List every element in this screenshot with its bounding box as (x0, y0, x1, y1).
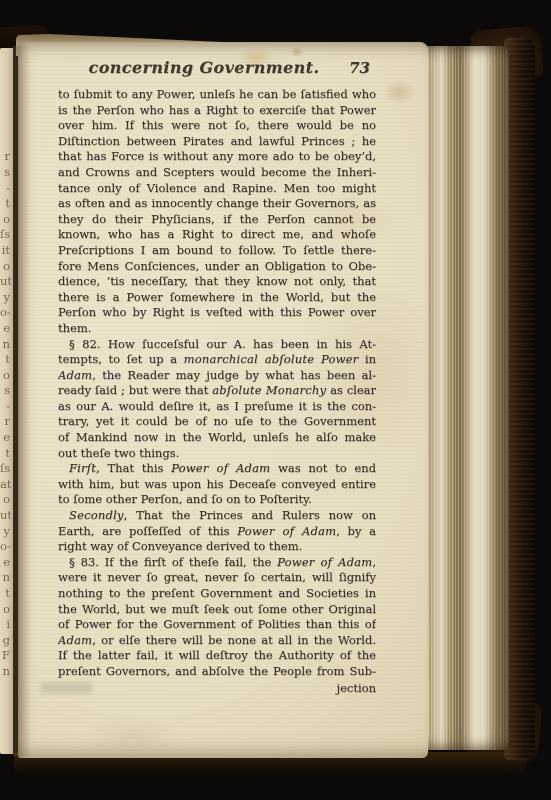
text-line: the World, but we muſt ſeek out ſome oth… (58, 602, 376, 618)
text-line: there is a Power ſomewhere in the World,… (58, 290, 376, 306)
text-line: right way of Conveyance derived to them. (58, 539, 376, 555)
text-line: that has Force is without any more ado t… (58, 149, 376, 165)
facing-fragment: n (0, 664, 11, 680)
text-line: with him, but was upon his Deceaſe conve… (58, 477, 376, 493)
text-line: to ſome other Perſon, and ſo on to Poſte… (58, 492, 376, 508)
facing-fragment: t (0, 196, 11, 212)
facing-fragment: o (0, 492, 11, 508)
facing-fragment (0, 87, 11, 103)
facing-fragment: o (0, 259, 11, 275)
text-line: Preſcriptions I am bound to follow. To ſ… (58, 243, 376, 259)
text-line: trary, yet it could be of no uſe to the … (58, 414, 376, 430)
facing-fragment: o (0, 212, 11, 228)
text-line: out theſe two things. (58, 446, 376, 462)
facing-fragment: ſs (0, 461, 11, 477)
facing-fragment: o- (0, 539, 11, 555)
text-line: fore Mens Conſciences, under an Obligati… (58, 259, 376, 275)
book-photo: rs-toſsitoutyo-entos-retſsatoutyo-entoig… (0, 0, 551, 800)
running-header: concerning Government. 73 (58, 58, 376, 84)
page-number: 73 (349, 59, 370, 77)
facing-fragment: it (0, 243, 11, 259)
text-line: over him. If this were not ſo, there wou… (58, 118, 376, 134)
facing-fragment: i (0, 617, 11, 633)
text-line: and Crowns and Scepters would become the… (58, 165, 376, 181)
gutter-shadow (13, 46, 31, 756)
running-title: concerning Government. (58, 58, 350, 77)
text-line: Firſt, That this Power of Adam was not t… (58, 461, 376, 477)
facing-fragment: y (0, 524, 11, 540)
text-line: as often and as innocently change their … (58, 196, 376, 212)
text-line: to ſubmit to any Power, unleſs he can be… (58, 87, 376, 103)
fore-edge (417, 46, 509, 750)
facing-fragment: e (0, 321, 11, 337)
facing-fragment: ſs (0, 227, 11, 243)
text-line: Adam, the Reader may judge by what has b… (58, 368, 376, 384)
text-line: known, who has a Right to direct me, and… (58, 227, 376, 243)
facing-fragment: o (0, 602, 11, 618)
text-line: Diſtinction between Pirates and lawful P… (58, 134, 376, 150)
facing-fragment: n (0, 570, 11, 586)
text-line: of Power for the Government of Polities … (58, 617, 376, 633)
text-line: were it never ſo great, never ſo certain… (58, 570, 376, 586)
text-line: § 82. How ſucceſsful our A. has been in … (58, 337, 376, 353)
text-line: them. (58, 321, 376, 337)
facing-fragment: at (0, 477, 11, 493)
text-line: tempts, to ſet up a monarchical abſolute… (58, 352, 376, 368)
facing-fragment: t (0, 446, 11, 462)
facing-fragment (0, 118, 11, 134)
text-line: as our A. would deſire it, as I preſume … (58, 399, 376, 415)
facing-fragment: o- (0, 305, 11, 321)
text-line: dience, ’tis neceſſary, that they know n… (58, 274, 376, 290)
facing-fragment: n (0, 337, 11, 353)
catchword: jection (58, 681, 376, 695)
facing-fragment (0, 134, 11, 150)
text-line: Earth, are poſſeſſed of this Power of Ad… (58, 524, 376, 540)
facing-fragment: s (0, 383, 11, 399)
text-line: they do their Phyſicians, if the Perſon … (58, 212, 376, 228)
facing-fragment: - (0, 399, 11, 415)
text-line: of Mankind now in the World, unleſs he a… (58, 430, 376, 446)
body-text: to ſubmit to any Power, unleſs he can be… (58, 87, 376, 680)
facing-fragment: e (0, 555, 11, 571)
text-line: § 83. If the firſt of theſe fail, the Po… (58, 555, 376, 571)
text-line: If the latter fail, it will deſtroy the … (58, 648, 376, 664)
facing-fragment: r (0, 149, 11, 165)
text-line: ready ſaid ; but were that abſolute Mona… (58, 383, 376, 399)
facing-fragment: o (0, 368, 11, 384)
facing-fragment: e (0, 430, 11, 446)
facing-fragment: - (0, 181, 11, 197)
facing-fragment: t (0, 586, 11, 602)
facing-fragments: rs-toſsitoutyo-entos-retſsatoutyo-entoig… (0, 87, 11, 687)
facing-fragment: s (0, 165, 11, 181)
facing-fragment (0, 103, 11, 119)
facing-fragment: ut (0, 274, 11, 290)
text-line: Perſon who by Right is veſted with this … (58, 305, 376, 321)
text-line: preſent Governors, and abſolve the Peopl… (58, 664, 376, 680)
text-line: Secondly, That the Princes and Rulers no… (58, 508, 376, 524)
facing-fragment: r (0, 414, 11, 430)
text-line: nothing to the preſent Government and So… (58, 586, 376, 602)
facing-fragment: g (0, 633, 11, 649)
facing-fragment: F (0, 648, 11, 664)
text-line: is the Perſon who has a Right to exerciſ… (58, 103, 376, 119)
text-line: Adam, or elſe there will be none at all … (58, 633, 376, 649)
facing-fragment: ut (0, 508, 11, 524)
facing-fragment: t (0, 352, 11, 368)
facing-fragment: y (0, 290, 11, 306)
text-line: tance only of Violence and Rapine. Men t… (58, 181, 376, 197)
